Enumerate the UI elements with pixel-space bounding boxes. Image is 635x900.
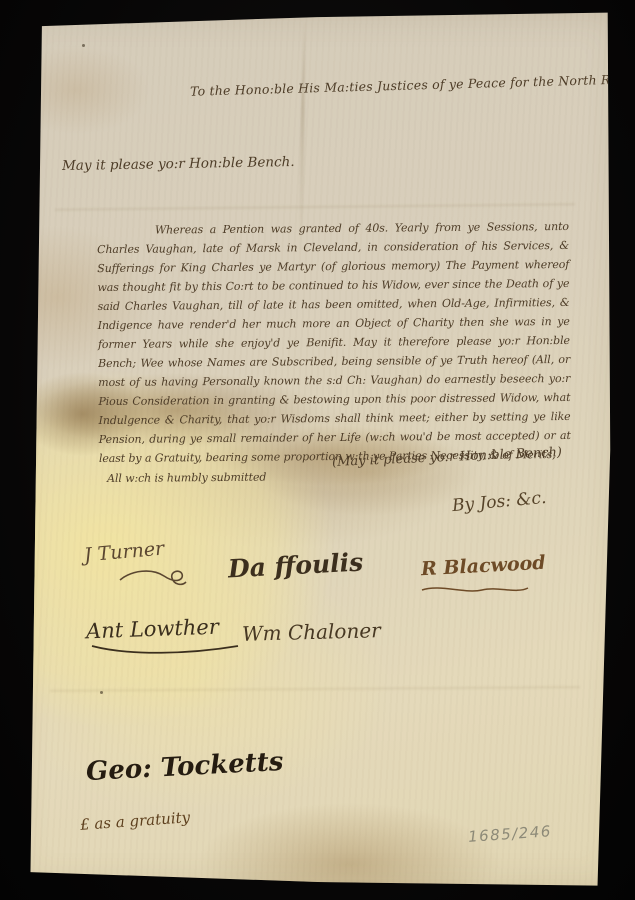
- ink-speck: [82, 44, 85, 47]
- signature-geo-tocketts: Geo: Tocketts: [85, 747, 284, 787]
- signature-flourish: [420, 582, 530, 598]
- manuscript-page: To the Hono:ble His Ma:ties Justices of …: [0, 0, 635, 900]
- fold-crease-vertical: [299, 16, 306, 251]
- signature-r-blacwood: R Blacwood: [421, 552, 547, 580]
- photo-backdrop: To the Hono:ble His Ma:ties Justices of …: [0, 0, 635, 900]
- petition-body-text: Whereas a Pention was granted of 40s. Ye…: [97, 220, 571, 465]
- signature-flourish: [90, 642, 240, 656]
- signature-da-ffoulis: Da ffoulis: [227, 547, 364, 583]
- signature-flourish: [118, 568, 188, 590]
- salutation: May it please yo:r Hon:ble Bench.: [62, 154, 295, 174]
- byline: By Jos: &c.: [451, 488, 547, 516]
- address-line: To the Hono:ble His Ma:ties Justices of …: [190, 72, 602, 98]
- signature-ant-lowther: Ant Lowther: [86, 615, 220, 644]
- signature-wm-chaloner: Wm Chaloner: [242, 618, 381, 646]
- clerk-gratuity-note: £ as a gratuity: [80, 808, 191, 834]
- fold-crease-horizontal: [50, 686, 580, 692]
- ink-speck: [100, 691, 103, 694]
- fold-crease-horizontal: [55, 203, 575, 210]
- signature-j-turner: J Turner: [83, 538, 165, 567]
- archive-reference-number: 1685/246: [467, 822, 552, 846]
